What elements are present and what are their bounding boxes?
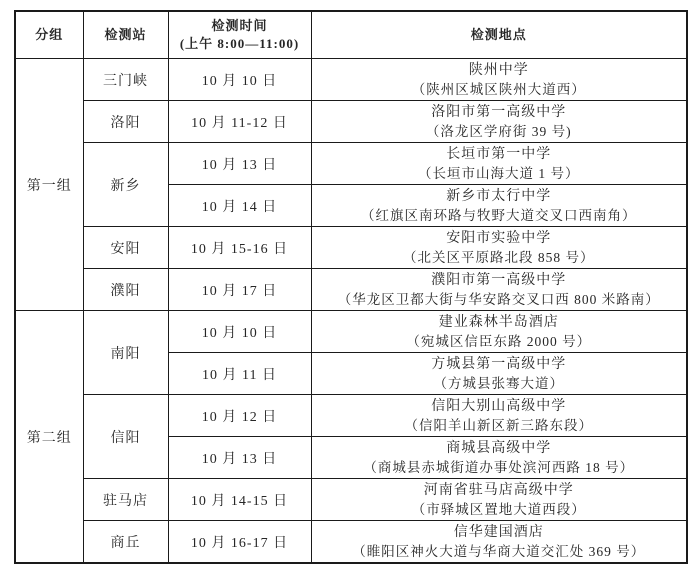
header-time: 检测时间 (上午 8:00—11:00) — [168, 11, 311, 59]
venue-text: 信华建国酒店 — [314, 523, 685, 542]
venue-text: 商城县高级中学 — [314, 439, 685, 458]
address-text: （商城县赤城街道办事处滨河西路 18 号） — [314, 458, 685, 477]
address-text: （陕州区城区陕州大道西） — [314, 80, 685, 99]
location-cell: 信华建国酒店 （睢阳区神火大道与华商大道交汇处 369 号） — [311, 521, 687, 564]
address-text: （华龙区卫都大街与华安路交叉口西 800 米路南） — [314, 290, 685, 309]
station-cell: 安阳 — [83, 227, 168, 269]
address-text: （信阳羊山新区新三路东段） — [314, 416, 685, 435]
header-station: 检测站 — [83, 11, 168, 59]
date-cell: 10 月 13 日 — [168, 143, 311, 185]
location-cell: 方城县第一高级中学 （方城县张骞大道） — [311, 353, 687, 395]
table-row: 商丘 10 月 16-17 日 信华建国酒店 （睢阳区神火大道与华商大道交汇处 … — [15, 521, 687, 564]
date-cell: 10 月 11 日 — [168, 353, 311, 395]
table-row: 新乡 10 月 13 日 长垣市第一中学 （长垣市山海大道 1 号） — [15, 143, 687, 185]
location-cell: 洛阳市第一高级中学 （洛龙区学府街 39 号) — [311, 101, 687, 143]
location-cell: 河南省驻马店高级中学 （市驿城区置地大道西段） — [311, 479, 687, 521]
date-cell: 10 月 10 日 — [168, 311, 311, 353]
venue-text: 信阳大别山高级中学 — [314, 397, 685, 416]
station-cell: 濮阳 — [83, 269, 168, 311]
venue-text: 建业森林半岛酒店 — [314, 313, 685, 332]
date-cell: 10 月 14-15 日 — [168, 479, 311, 521]
location-cell: 长垣市第一中学 （长垣市山海大道 1 号） — [311, 143, 687, 185]
venue-text: 新乡市太行中学 — [314, 187, 685, 206]
header-time-range: (上午 8:00—11:00) — [171, 35, 309, 53]
location-cell: 信阳大别山高级中学 （信阳羊山新区新三路东段） — [311, 395, 687, 437]
table-row: 洛阳 10 月 11-12 日 洛阳市第一高级中学 （洛龙区学府街 39 号) — [15, 101, 687, 143]
group-cell: 第一组 — [15, 59, 83, 311]
address-text: （市驿城区置地大道西段） — [314, 500, 685, 519]
venue-text: 陕州中学 — [314, 61, 685, 80]
header-time-title: 检测时间 — [171, 17, 309, 35]
date-cell: 10 月 15-16 日 — [168, 227, 311, 269]
table-row: 第二组 南阳 10 月 10 日 建业森林半岛酒店 （宛城区信臣东路 2000 … — [15, 311, 687, 353]
location-cell: 濮阳市第一高级中学 （华龙区卫都大街与华安路交叉口西 800 米路南） — [311, 269, 687, 311]
date-cell: 10 月 11-12 日 — [168, 101, 311, 143]
venue-text: 濮阳市第一高级中学 — [314, 271, 685, 290]
station-cell: 商丘 — [83, 521, 168, 564]
header-row: 分组 检测站 检测时间 (上午 8:00—11:00) 检测地点 — [15, 11, 687, 59]
date-cell: 10 月 16-17 日 — [168, 521, 311, 564]
testing-schedule-table: 分组 检测站 检测时间 (上午 8:00—11:00) 检测地点 第一组 三门峡… — [14, 10, 688, 564]
table-row: 安阳 10 月 15-16 日 安阳市实验中学 （北关区平原路北段 858 号） — [15, 227, 687, 269]
address-text: （睢阳区神火大道与华商大道交汇处 369 号） — [314, 542, 685, 561]
venue-text: 洛阳市第一高级中学 — [314, 103, 685, 122]
venue-text: 安阳市实验中学 — [314, 229, 685, 248]
header-group: 分组 — [15, 11, 83, 59]
table-row: 第一组 三门峡 10 月 10 日 陕州中学 （陕州区城区陕州大道西） — [15, 59, 687, 101]
station-cell: 南阳 — [83, 311, 168, 395]
address-text: （宛城区信臣东路 2000 号） — [314, 332, 685, 351]
venue-text: 河南省驻马店高级中学 — [314, 481, 685, 500]
address-text: （长垣市山海大道 1 号） — [314, 164, 685, 183]
venue-text: 长垣市第一中学 — [314, 145, 685, 164]
header-location: 检测地点 — [311, 11, 687, 59]
address-text: （洛龙区学府街 39 号) — [314, 122, 685, 141]
venue-text: 方城县第一高级中学 — [314, 355, 685, 374]
group-cell: 第二组 — [15, 311, 83, 564]
station-cell: 驻马店 — [83, 479, 168, 521]
table-row: 濮阳 10 月 17 日 濮阳市第一高级中学 （华龙区卫都大街与华安路交叉口西 … — [15, 269, 687, 311]
date-cell: 10 月 12 日 — [168, 395, 311, 437]
location-cell: 商城县高级中学 （商城县赤城街道办事处滨河西路 18 号） — [311, 437, 687, 479]
station-cell: 信阳 — [83, 395, 168, 479]
table-row: 驻马店 10 月 14-15 日 河南省驻马店高级中学 （市驿城区置地大道西段） — [15, 479, 687, 521]
date-cell: 10 月 14 日 — [168, 185, 311, 227]
address-text: （方城县张骞大道） — [314, 374, 685, 393]
date-cell: 10 月 10 日 — [168, 59, 311, 101]
station-cell: 新乡 — [83, 143, 168, 227]
date-cell: 10 月 13 日 — [168, 437, 311, 479]
address-text: （北关区平原路北段 858 号） — [314, 248, 685, 267]
location-cell: 建业森林半岛酒店 （宛城区信臣东路 2000 号） — [311, 311, 687, 353]
station-cell: 洛阳 — [83, 101, 168, 143]
schedule-notice-page: 分组 检测站 检测时间 (上午 8:00—11:00) 检测地点 第一组 三门峡… — [0, 0, 700, 567]
address-text: （红旗区南环路与牧野大道交叉口西南角） — [314, 206, 685, 225]
table-row: 信阳 10 月 12 日 信阳大别山高级中学 （信阳羊山新区新三路东段） — [15, 395, 687, 437]
location-cell: 安阳市实验中学 （北关区平原路北段 858 号） — [311, 227, 687, 269]
location-cell: 陕州中学 （陕州区城区陕州大道西） — [311, 59, 687, 101]
date-cell: 10 月 17 日 — [168, 269, 311, 311]
location-cell: 新乡市太行中学 （红旗区南环路与牧野大道交叉口西南角） — [311, 185, 687, 227]
station-cell: 三门峡 — [83, 59, 168, 101]
